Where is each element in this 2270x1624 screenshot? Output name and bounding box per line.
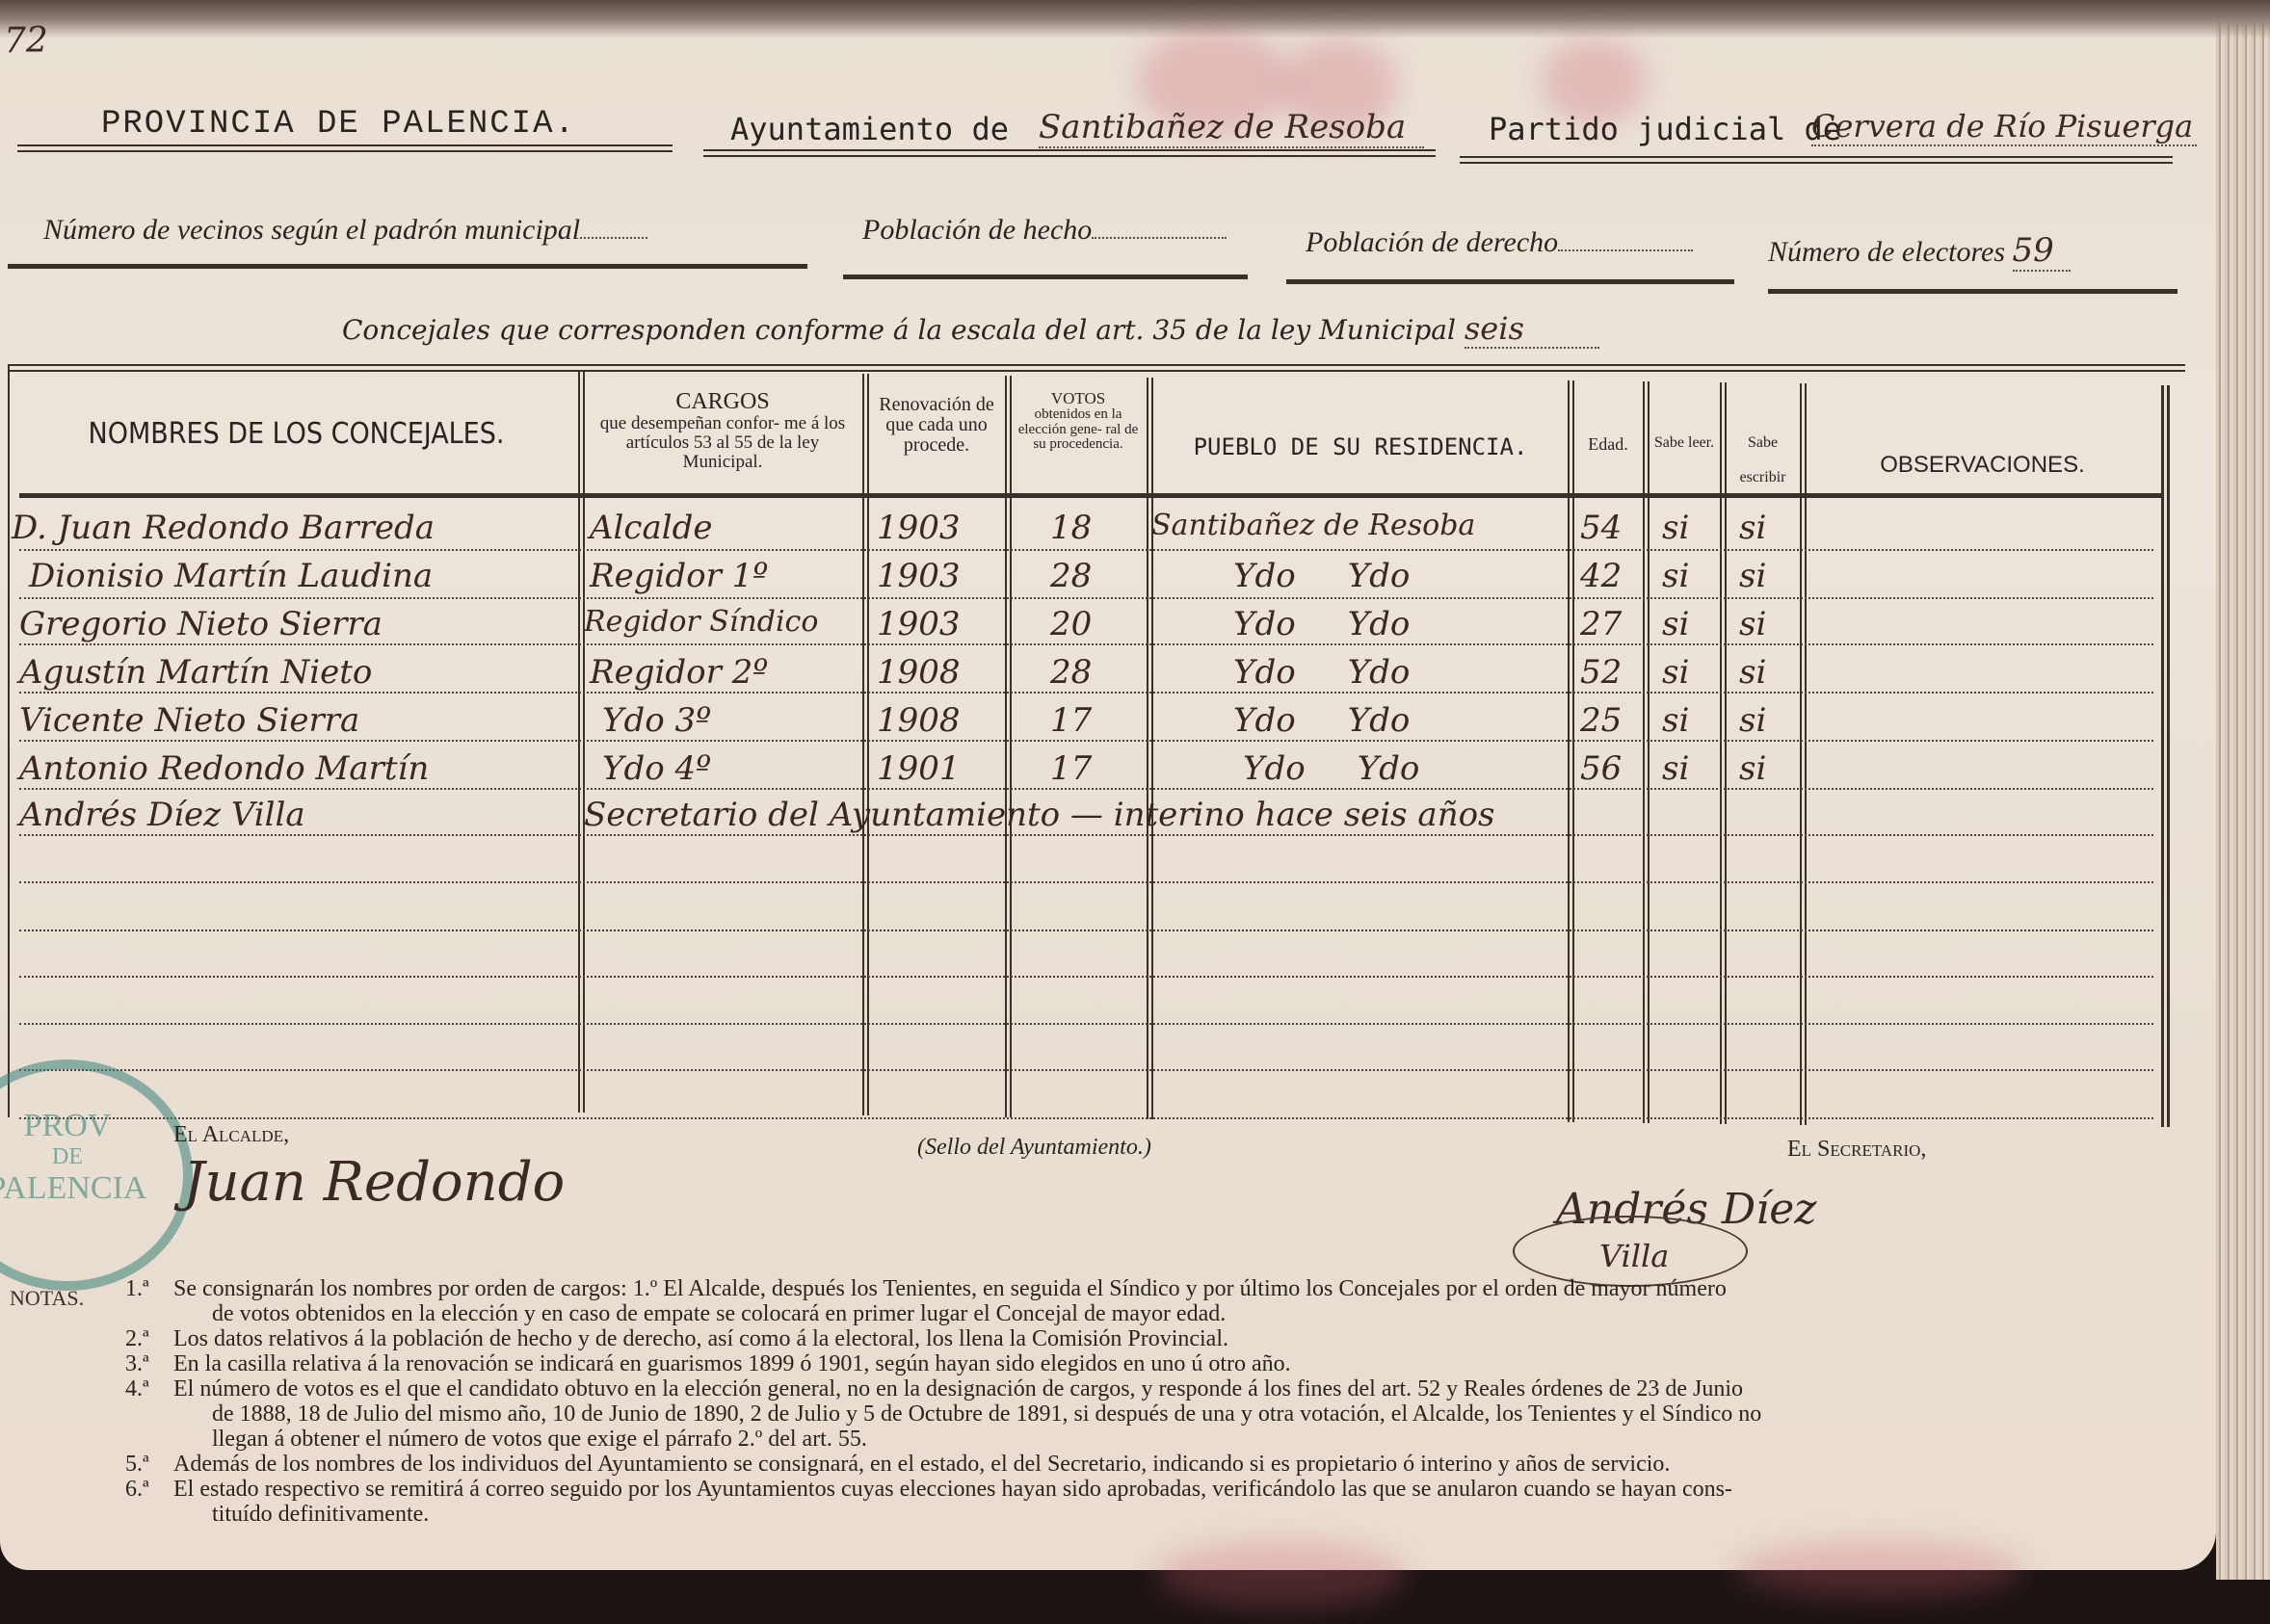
cell-renovacion: 1908 bbox=[877, 653, 961, 692]
secretario-label: El Secretario, bbox=[1787, 1137, 1926, 1163]
table-top-rule bbox=[8, 364, 2185, 372]
cell-cargo: Alcalde bbox=[590, 509, 713, 547]
alcalde-label: El Alcalde, bbox=[173, 1122, 289, 1148]
page-number: 72 bbox=[4, 21, 48, 61]
cell-edad: 56 bbox=[1580, 749, 1622, 788]
row-line bbox=[19, 976, 2153, 978]
derecho-label: Población de derecho bbox=[1306, 226, 1693, 259]
col-header-cargos: CARGOS que desempeñan confor- me á los a… bbox=[584, 390, 861, 472]
alcalde-signature: Juan Redondo bbox=[183, 1151, 565, 1214]
note-item: 2.ªLos datos relativos á la población de… bbox=[125, 1326, 2168, 1351]
note-continuation: de 1888, 18 de Julio del mismo año, 10 d… bbox=[125, 1401, 2168, 1427]
row-line bbox=[19, 881, 2153, 883]
vecinos-label: Número de vecinos según el padrón munici… bbox=[43, 214, 647, 247]
header-rule bbox=[17, 144, 673, 152]
cell-leer: si bbox=[1662, 701, 1689, 740]
cell-escribir: si bbox=[1739, 509, 1766, 547]
header-rule bbox=[1460, 156, 2173, 164]
hecho-label: Población de hecho bbox=[862, 214, 1227, 247]
cell-escribir: si bbox=[1739, 749, 1766, 788]
hecho-field bbox=[1092, 237, 1227, 239]
row-line bbox=[19, 597, 2153, 599]
col-header-pueblo: PUEBLO DE SU RESIDENCIA. bbox=[1154, 435, 1567, 459]
col-header-votos: VOTOS obtenidos en la elección gene- ral… bbox=[1012, 390, 1145, 453]
row-line bbox=[19, 643, 2153, 645]
cell-secretario-note: Secretario del Ayuntamiento — interino h… bbox=[584, 796, 1495, 834]
cell-pueblo: Ydo Ydo bbox=[1233, 557, 1410, 595]
cell-votos: 17 bbox=[1050, 749, 1092, 788]
col-divider bbox=[578, 371, 585, 1113]
cell-nombre: Antonio Redondo Martín bbox=[19, 749, 429, 788]
cell-nombre: Dionisio Martín Laudina bbox=[29, 557, 433, 595]
row-line bbox=[19, 692, 2153, 694]
cell-cargo: Ydo 3º bbox=[602, 701, 711, 740]
row-line bbox=[19, 930, 2153, 931]
note-item: 5.ªAdemás de los nombres de los individu… bbox=[125, 1452, 2168, 1477]
ayuntamiento-field: Santibañez de Resoba bbox=[1039, 108, 1424, 148]
cell-leer: si bbox=[1662, 509, 1689, 547]
note-item: 4.ªEl número de votos es el que el candi… bbox=[125, 1376, 2168, 1401]
cell-nombre: D. Juan Redondo Barreda bbox=[12, 509, 435, 547]
binding-shadow bbox=[0, 0, 2270, 39]
cell-escribir: si bbox=[1739, 653, 1766, 692]
cell-leer: si bbox=[1662, 557, 1689, 595]
electores-label: Número de electores 59 bbox=[1768, 231, 2071, 272]
col-header-sabe-leer: Sabe leer. bbox=[1650, 426, 1719, 460]
note-continuation: llegan á obtener el número de votos que … bbox=[125, 1427, 2168, 1452]
cell-pueblo: Ydo Ydo bbox=[1233, 605, 1410, 643]
cell-edad: 54 bbox=[1580, 509, 1622, 547]
stats-rule bbox=[8, 264, 807, 269]
cell-renovacion: 1903 bbox=[877, 557, 961, 595]
cell-nombre: Andrés Díez Villa bbox=[19, 796, 305, 834]
red-stain bbox=[1734, 1541, 2023, 1599]
row-line bbox=[19, 788, 2153, 790]
cell-nombre: Vicente Nieto Sierra bbox=[19, 701, 359, 740]
cell-votos: 28 bbox=[1050, 653, 1092, 692]
cell-cargo: Ydo 4º bbox=[602, 749, 711, 788]
cell-cargo: Regidor Síndico bbox=[584, 605, 818, 639]
concejales-escala-label: Concejales que corresponden conforme á l… bbox=[342, 310, 1599, 349]
electores-field: 59 bbox=[2013, 231, 2071, 272]
stats-rule bbox=[1286, 279, 1734, 284]
cell-escribir: si bbox=[1739, 605, 1766, 643]
row-line bbox=[19, 834, 2153, 836]
cell-nombre: Gregorio Nieto Sierra bbox=[19, 605, 383, 643]
cell-renovacion: 1908 bbox=[877, 701, 961, 740]
cell-escribir: si bbox=[1739, 557, 1766, 595]
sello-label: (Sello del Ayuntamiento.) bbox=[917, 1135, 1151, 1161]
derecho-field bbox=[1558, 249, 1693, 251]
table-left-border bbox=[8, 366, 10, 1117]
stats-rule bbox=[843, 275, 1248, 279]
cell-edad: 42 bbox=[1580, 557, 1622, 595]
cell-cargo: Regidor 1º bbox=[590, 557, 768, 595]
row-line bbox=[19, 1023, 2153, 1025]
note-item: 6.ªEl estado respectivo se remitirá á co… bbox=[125, 1477, 2168, 1502]
cell-pueblo: Santibañez de Resoba bbox=[1151, 509, 1475, 542]
cell-pueblo: Ydo Ydo bbox=[1233, 701, 1410, 740]
partido-field: Cervera de Río Pisuerga bbox=[1811, 108, 2197, 146]
header-rule bbox=[703, 149, 1436, 157]
concejales-escala-value: seis bbox=[1465, 310, 1599, 349]
row-line bbox=[19, 549, 2153, 551]
col-divider bbox=[862, 374, 869, 1115]
cell-cargo: Regidor 2º bbox=[590, 653, 768, 692]
notes-section: 1.ªSe consignarán los nombres por orden … bbox=[125, 1276, 2168, 1527]
page-stack-edge bbox=[2216, 0, 2270, 1580]
note-continuation: tituído definitivamente. bbox=[125, 1502, 2168, 1527]
cell-votos: 18 bbox=[1050, 509, 1092, 547]
cell-leer: si bbox=[1662, 605, 1689, 643]
cell-renovacion: 1903 bbox=[877, 605, 961, 643]
header-bottom-rule bbox=[19, 493, 2163, 498]
cell-nombre: Agustín Martín Nieto bbox=[19, 653, 372, 692]
cell-escribir: si bbox=[1739, 701, 1766, 740]
vecinos-field bbox=[580, 237, 647, 239]
cell-votos: 17 bbox=[1050, 701, 1092, 740]
row-line bbox=[19, 1069, 2153, 1071]
note-continuation: de votos obtenidos en la elección y en c… bbox=[125, 1301, 2168, 1326]
col-header-nombres: NOMBRES DE LOS CONCEJALES. bbox=[19, 419, 573, 450]
cell-votos: 28 bbox=[1050, 557, 1092, 595]
cell-leer: si bbox=[1662, 749, 1689, 788]
red-stain bbox=[1156, 1541, 1407, 1609]
col-divider bbox=[1005, 376, 1012, 1117]
col-header-renovacion: Renovación de que cada uno procede. bbox=[869, 395, 1004, 456]
cell-edad: 25 bbox=[1580, 701, 1622, 740]
ayuntamiento-label: Ayuntamiento de bbox=[730, 111, 1009, 147]
notas-label: NOTAS. bbox=[10, 1286, 84, 1311]
cell-renovacion: 1901 bbox=[877, 749, 961, 788]
stats-rule bbox=[1768, 289, 2178, 294]
note-item: 1.ªSe consignarán los nombres por orden … bbox=[125, 1276, 2168, 1301]
province-title: PROVINCIA DE PALENCIA. bbox=[101, 106, 576, 143]
col-header-sabe-escribir: Sabe escribir bbox=[1727, 426, 1799, 495]
cell-votos: 20 bbox=[1050, 605, 1092, 643]
col-divider bbox=[1568, 380, 1574, 1122]
cell-pueblo: Ydo Ydo bbox=[1233, 653, 1410, 692]
cell-edad: 52 bbox=[1580, 653, 1622, 692]
cell-pueblo: Ydo Ydo bbox=[1243, 749, 1419, 788]
cell-edad: 27 bbox=[1580, 605, 1622, 643]
row-line bbox=[19, 740, 2153, 742]
col-divider bbox=[1147, 378, 1153, 1119]
row-line bbox=[19, 1117, 2153, 1119]
col-header-edad: Edad. bbox=[1574, 435, 1642, 454]
cell-leer: si bbox=[1662, 653, 1689, 692]
partido-label: Partido judicial de bbox=[1489, 111, 1841, 147]
col-header-observaciones: OBSERVACIONES. bbox=[1807, 453, 2158, 477]
cell-renovacion: 1903 bbox=[877, 509, 961, 547]
note-item: 3.ªEn la casilla relativa á la renovació… bbox=[125, 1351, 2168, 1376]
